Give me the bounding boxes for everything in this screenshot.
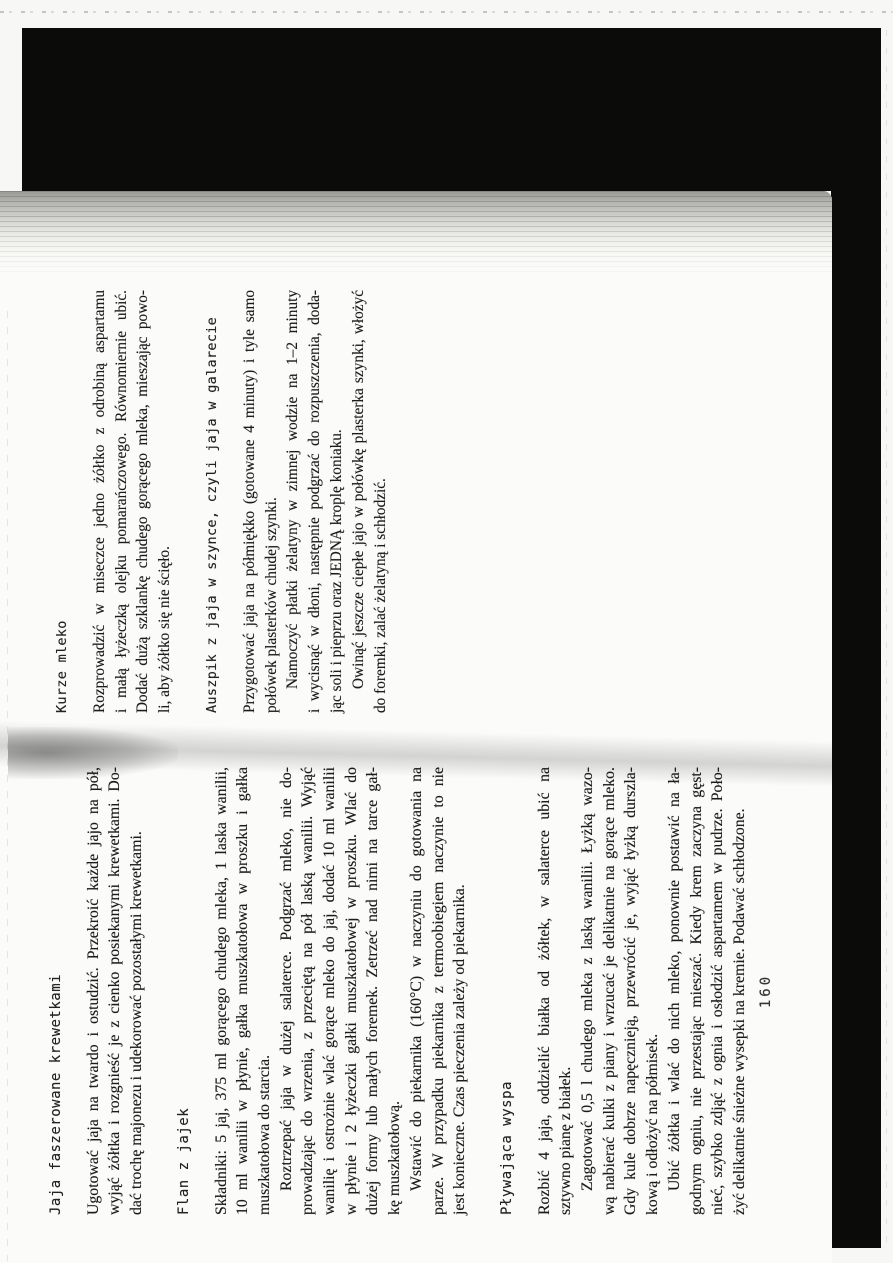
page-number: 160 xyxy=(758,959,774,1023)
text-line: 10 ml wanilii w płynie, gałka muszkatoło… xyxy=(232,767,254,1215)
paragraph: Rozprowadzić w miseczce jedno żółtko z o… xyxy=(89,290,176,713)
paragraph: Przygotować jaja na półmiękko (gotowane … xyxy=(239,290,283,713)
column-left: Jaja faszerowane krewetkamiUgotować jaja… xyxy=(46,767,751,1215)
text-line: Dodać dużą szklankę chudego gorącego mle… xyxy=(132,290,154,713)
paragraph: Roztrzepać jaja w dużej salaterce. Podgr… xyxy=(276,767,406,1215)
section-heading: Flan z jajek xyxy=(174,767,196,1215)
section-heading: Auszpik z jaja w szynce, czyli jaja w ga… xyxy=(202,290,224,713)
text-line: Roztrzepać jaja w dużej salaterce. Podgr… xyxy=(276,767,298,1215)
text-line: Składniki: 5 jaj, 375 ml gorącego chudeg… xyxy=(211,767,233,1215)
paragraph: Wstawić do piekarnika (160°C) w naczyniu… xyxy=(406,767,471,1215)
paragraph: Ubić żółtka i wlać do nich mleko, ponown… xyxy=(664,767,751,1215)
text-line: połówek plasterków chudej szynki. xyxy=(261,290,283,713)
section-heading: Kurze mleko xyxy=(52,290,74,713)
text-line: Ubić żółtka i wlać do nich mleko, ponown… xyxy=(664,767,686,1215)
text-line: muszkatołowa do starcia. xyxy=(254,767,276,1215)
text-line: Rozbić 4 jaja, oddzielić białka od żółte… xyxy=(534,767,556,1215)
text-line: dużej formy lub małych foremek. Zetrzeć … xyxy=(362,767,384,1215)
text-line: wą nabierać kulki z piany i wrzucać je d… xyxy=(599,767,621,1215)
text-line: i małą łyżeczką olejku pomarańczowego. R… xyxy=(111,290,133,713)
text-line: prowadzając do wrzenia, z przeciętą na p… xyxy=(297,767,319,1215)
text-line: sztywno pianę z białek. xyxy=(555,767,577,1215)
section-heading: Jaja faszerowane krewetkami xyxy=(46,767,68,1215)
paragraph: Zagotować 0,5 l chudego mleka z laską wa… xyxy=(577,767,664,1215)
text-line: jest konieczne. Czas pieczenia zależy od… xyxy=(449,767,471,1215)
paragraph: Rozbić 4 jaja, oddzielić białka od żółte… xyxy=(534,767,577,1215)
rotated-page-content: Jaja faszerowane krewetkamiUgotować jaja… xyxy=(0,0,893,1263)
text-line: godnym ogniu, nie przestając mieszać. Ki… xyxy=(686,767,708,1215)
text-line: Wstawić do piekarnika (160°C) w naczyniu… xyxy=(406,767,428,1215)
paragraph: Namoczyć płatki żelatyny w zimnej wodzie… xyxy=(282,290,347,713)
text-line: dać trochę majonezu i udekorować pozosta… xyxy=(126,767,148,1215)
text-line: żyć delikatnie śnieżne wysepki na kremie… xyxy=(729,767,751,1215)
text-line: Ugotować jaja na twardo i ostudzić. Prze… xyxy=(83,767,105,1215)
column-right: Kurze mlekoRozprowadzić w miseczce jedno… xyxy=(52,290,391,713)
text-line: Gdy kule dobrze napęcznieją, przewrócić … xyxy=(620,767,642,1215)
text-line: i wycisnąć w dłoni, następnie podgrzać d… xyxy=(304,290,326,713)
paragraph: Składniki: 5 jaj, 375 ml gorącego chudeg… xyxy=(211,767,276,1215)
paragraph: Ugotować jaja na twardo i ostudzić. Prze… xyxy=(83,767,148,1215)
text-line: Zagotować 0,5 l chudego mleka z laską wa… xyxy=(577,767,599,1215)
text-line: wanilię i ostrożnie wlać gorące mleko do… xyxy=(319,767,341,1215)
text-line: Rozprowadzić w miseczce jedno żółtko z o… xyxy=(89,290,111,713)
section-heading: Pływająca wyspa xyxy=(497,767,519,1215)
text-line: parze. W przypadku piekarnika z termoobi… xyxy=(428,767,450,1215)
text-line: nieć, szybko zdjąć z ognia i osłodzić as… xyxy=(707,767,729,1215)
text-line: Namoczyć płatki żelatyny w zimnej wodzie… xyxy=(282,290,304,713)
text-line: do foremki, zalać żelatyną i schłodzić. xyxy=(370,290,392,713)
text-line: w płynie i 2 łyżeczki gałki muszkatołowe… xyxy=(341,767,363,1215)
text-line: kę muszkatołową. xyxy=(384,767,406,1215)
text-line: Przygotować jaja na półmiękko (gotowane … xyxy=(239,290,261,713)
text-line: wyjąć żółtka i rozgnieść je z cienko pos… xyxy=(104,767,126,1215)
text-line: Owinąć jeszcze ciepłe jajo w połówkę pla… xyxy=(348,290,370,713)
text-line: kową i odłożyć na półmisek. xyxy=(642,767,664,1215)
paragraph: Owinąć jeszcze ciepłe jajo w połówkę pla… xyxy=(348,290,392,713)
text-line: jąc soli i pieprzu oraz JEDNĄ kroplę kon… xyxy=(326,290,348,713)
text-line: li, aby żółtko się nie ścięło. xyxy=(154,290,176,713)
